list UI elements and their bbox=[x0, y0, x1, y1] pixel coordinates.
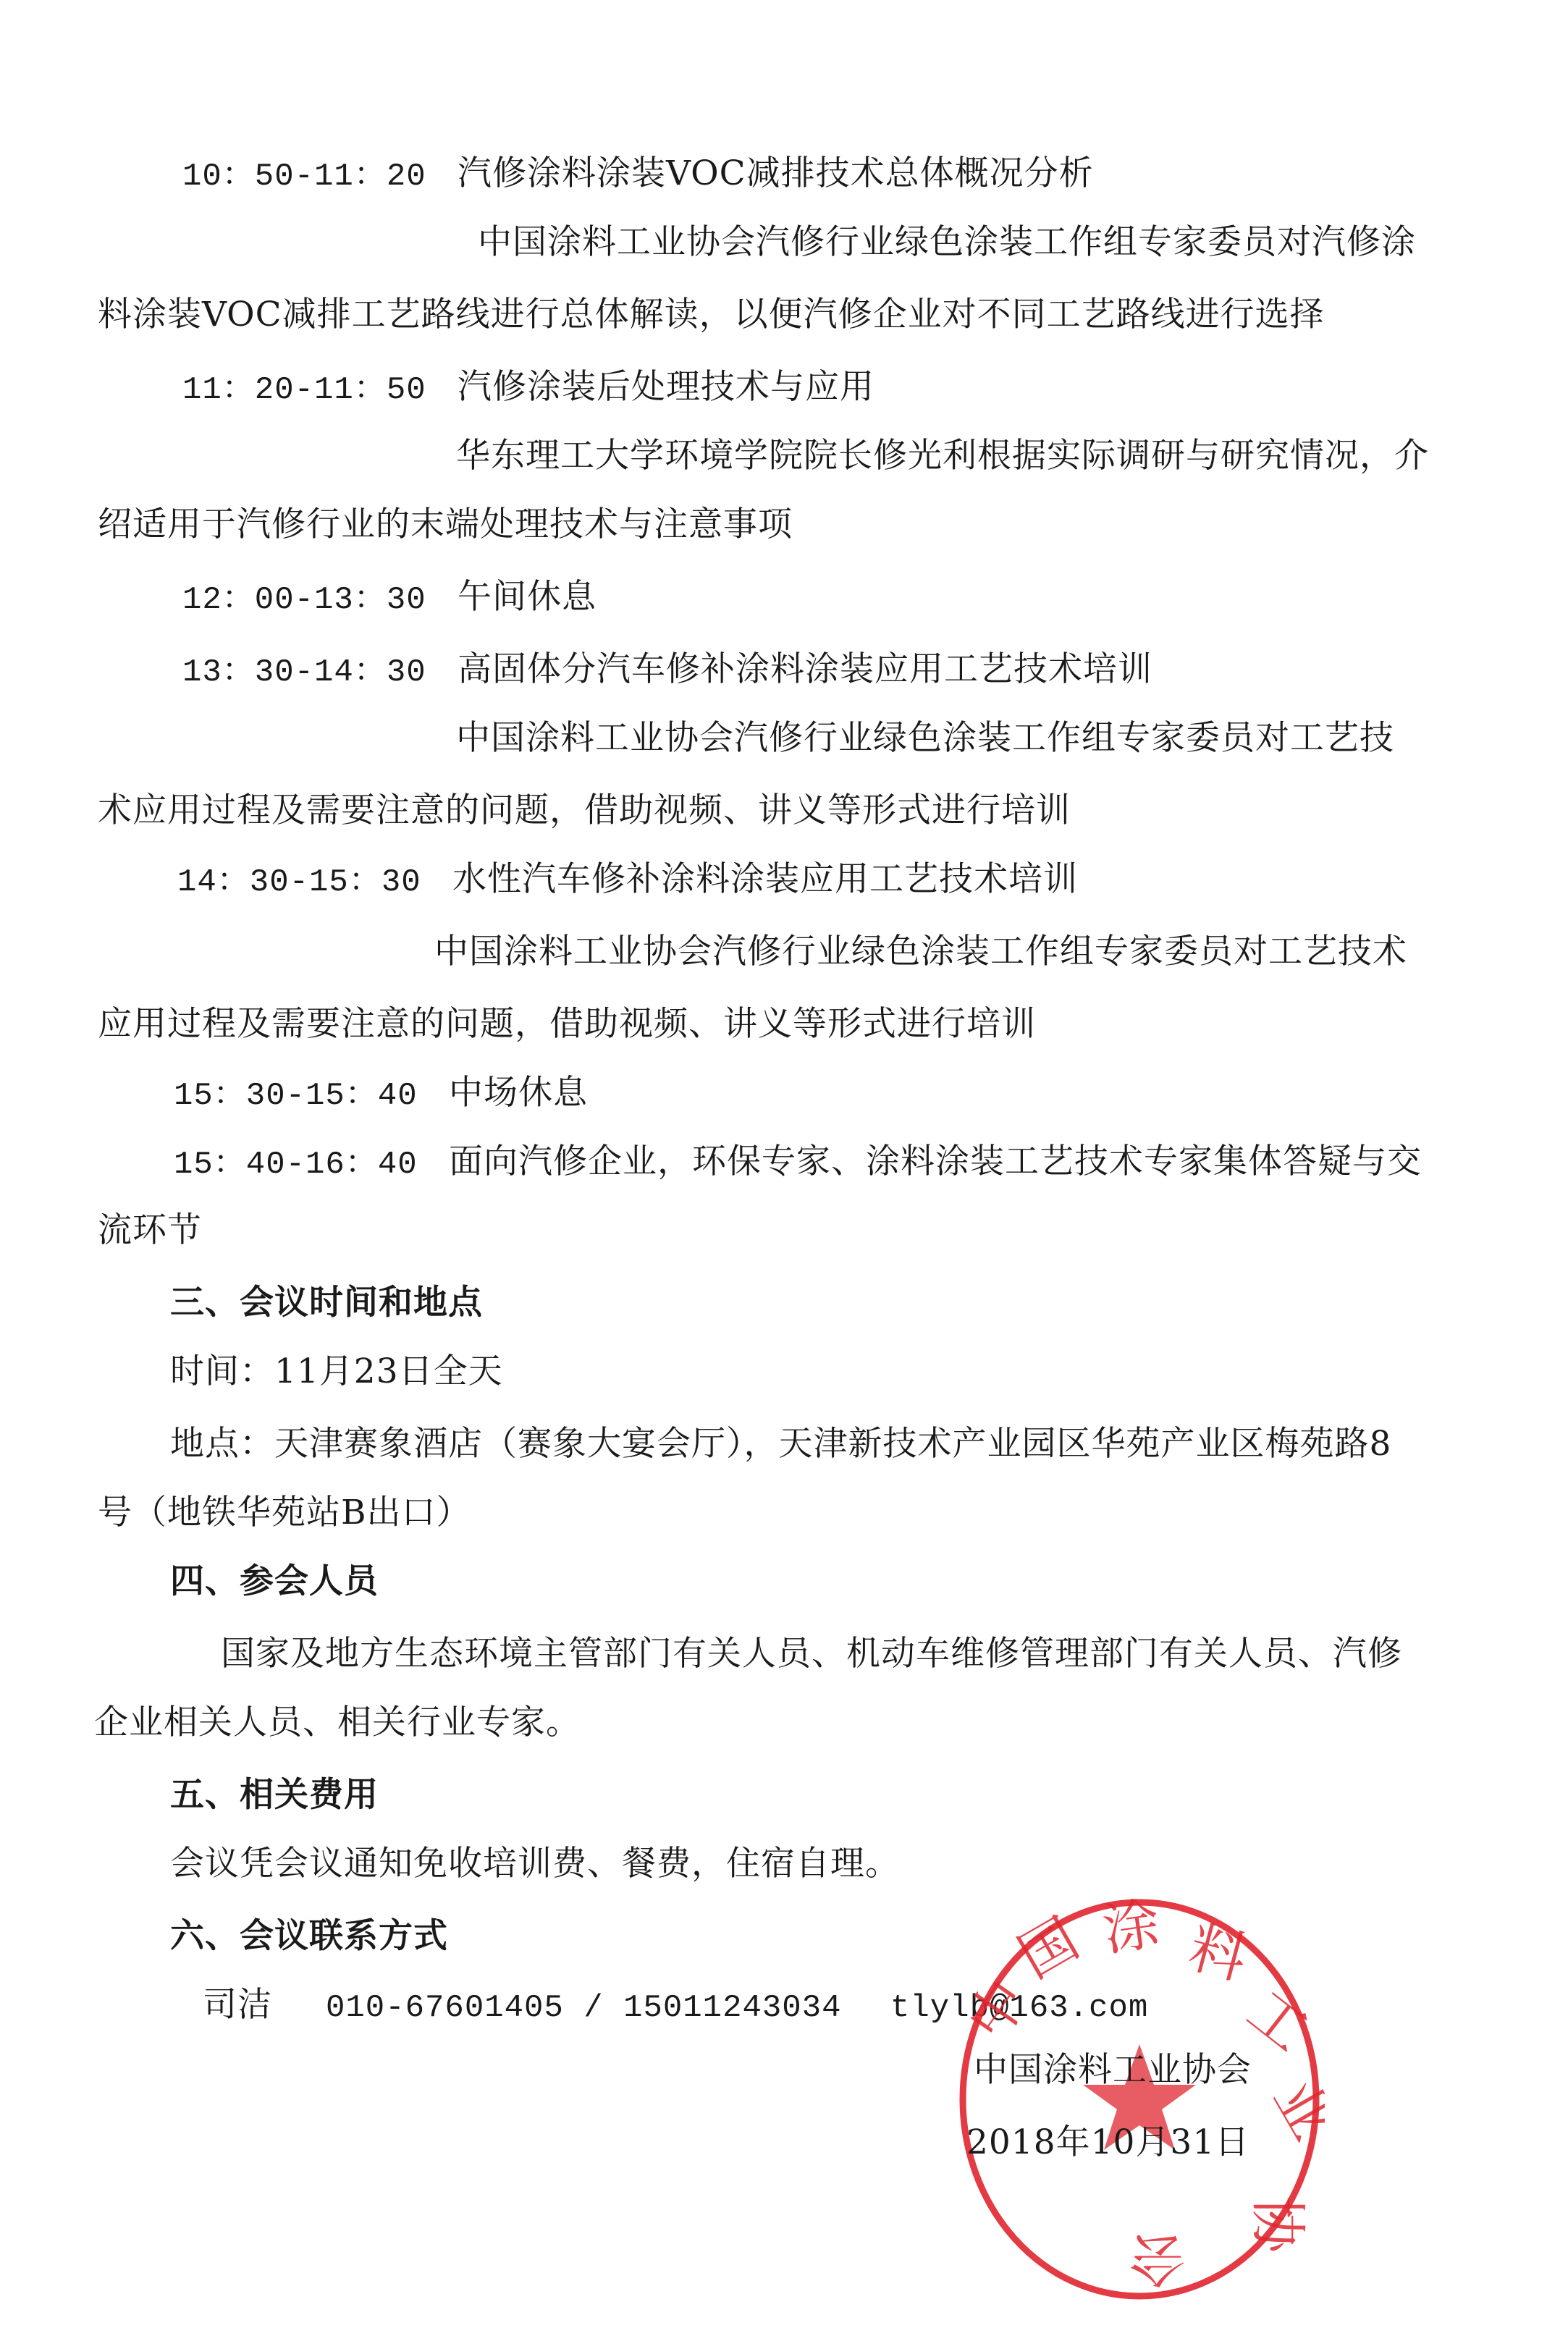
agenda-title: 面向汽修企业，环保专家、涂料涂装工艺技术专家集体答疑与交 bbox=[449, 1142, 1422, 1181]
svg-text:国: 国 bbox=[1008, 1907, 1090, 1991]
agenda-description: 中国涂料工业协会汽修行业绿色涂装工作组专家委员对汽修涂 bbox=[478, 221, 1416, 264]
agenda-title: 高固体分汽车修补涂料涂装应用工艺技术培训 bbox=[458, 649, 1152, 689]
agenda-description: 华东理工大学环境学院院长修光利根据实际调研与研究情况，介 bbox=[456, 434, 1429, 478]
section-heading-fees: 五、相关费用 bbox=[170, 1774, 379, 1817]
svg-text:协: 协 bbox=[1244, 2196, 1310, 2255]
agenda-description: 料涂装VOC减排工艺路线进行总体解读，以便汽修企业对不同工艺路线进行选择 bbox=[98, 293, 1325, 337]
svg-text:料: 料 bbox=[1182, 1915, 1254, 1992]
agenda-time: 12：00-13：30 bbox=[182, 578, 458, 622]
agenda-item-5: 14：30-15：30水性汽车修补涂料涂装应用工艺技术培训 bbox=[177, 858, 1078, 904]
agenda-item-4: 13：30-14：30高固体分汽车修补涂料涂装应用工艺技术培训 bbox=[182, 648, 1152, 694]
attendees-body: 国家及地方生态环境主管部门有关人员、机动车维修管理部门有关人员、汽修 bbox=[221, 1632, 1402, 1676]
agenda-item-3: 12：00-13：30午间休息 bbox=[182, 575, 597, 622]
agenda-time: 11：20-11：50 bbox=[182, 368, 458, 412]
agenda-time: 13：30-14：30 bbox=[182, 651, 458, 694]
agenda-title-continuation: 流环节 bbox=[98, 1209, 202, 1252]
fees-body: 会议凭会议通知免收培训费、餐费，住宿自理。 bbox=[170, 1842, 900, 1886]
agenda-item-7: 15：40-16：40面向汽修企业，环保专家、涂料涂装工艺技术专家集体答疑与交 bbox=[174, 1140, 1422, 1186]
section-heading-time-location: 三、会议时间和地点 bbox=[170, 1281, 483, 1325]
attendees-body-continuation: 企业相关人员、相关行业专家。 bbox=[94, 1701, 581, 1745]
meeting-location-continuation: 号（地铁华苑站B出口） bbox=[98, 1491, 471, 1535]
contact-phone: 010-67601405 / 15011243034 bbox=[326, 1986, 890, 2030]
contact-name: 司洁 bbox=[203, 1983, 326, 2027]
agenda-description: 中国涂料工业协会汽修行业绿色涂装工作组专家委员对工艺技术 bbox=[434, 930, 1407, 974]
signature-organization: 中国涂料工业协会 bbox=[974, 2049, 1252, 2092]
agenda-item-6: 15：30-15：40中场休息 bbox=[174, 1071, 588, 1118]
agenda-item-2: 11：20-11：50汽修涂装后处理技术与应用 bbox=[182, 366, 874, 412]
svg-text:会: 会 bbox=[1129, 2226, 1186, 2291]
agenda-description: 绍适用于汽修行业的末端处理技术与注意事项 bbox=[98, 503, 793, 547]
agenda-title: 午间休息 bbox=[458, 577, 597, 617]
signature-date: 2018年10月31日 bbox=[966, 2121, 1249, 2164]
agenda-title: 中场休息 bbox=[449, 1073, 588, 1113]
agenda-time: 14：30-15：30 bbox=[177, 861, 452, 904]
agenda-title: 汽修涂装后处理技术与应用 bbox=[458, 367, 874, 407]
agenda-description: 术应用过程及需要注意的问题，借助视频、讲义等形式进行培训 bbox=[98, 789, 1071, 832]
contact-row: 司洁010-67601405 / 15011243034tlylb@163.co… bbox=[203, 1983, 1148, 2030]
section-heading-attendees: 四、参会人员 bbox=[170, 1560, 379, 1603]
svg-text:业: 业 bbox=[1261, 2070, 1325, 2151]
meeting-location: 地点：天津赛象酒店（赛象大宴会厅），天津新技术产业园区华苑产业区梅苑路8 bbox=[170, 1422, 1391, 1466]
contact-email[interactable]: tlylb@163.com bbox=[890, 1986, 1148, 2030]
svg-text:涂: 涂 bbox=[1099, 1892, 1164, 1964]
agenda-time: 15：30-15：40 bbox=[174, 1074, 449, 1118]
agenda-title: 水性汽车修补涂料涂装应用工艺技术培训 bbox=[452, 859, 1078, 899]
agenda-time: 10：50-11：20 bbox=[182, 155, 458, 198]
agenda-item-1: 10：50-11：20汽修涂料涂装VOC减排技术总体概况分析 bbox=[182, 152, 1094, 198]
official-seal: 中 国 涂 料 工 业 协 会 bbox=[954, 1892, 1325, 2306]
agenda-title: 汽修涂料涂装VOC减排技术总体概况分析 bbox=[458, 153, 1094, 193]
agenda-time: 15：40-16：40 bbox=[174, 1143, 449, 1186]
meeting-time: 时间：11月23日全天 bbox=[170, 1350, 503, 1393]
section-heading-contact: 六、会议联系方式 bbox=[170, 1915, 448, 1958]
agenda-description: 中国涂料工业协会汽修行业绿色涂装工作组专家委员对工艺技 bbox=[456, 717, 1394, 760]
agenda-description: 应用过程及需要注意的问题，借助视频、讲义等形式进行培训 bbox=[98, 1003, 1036, 1046]
